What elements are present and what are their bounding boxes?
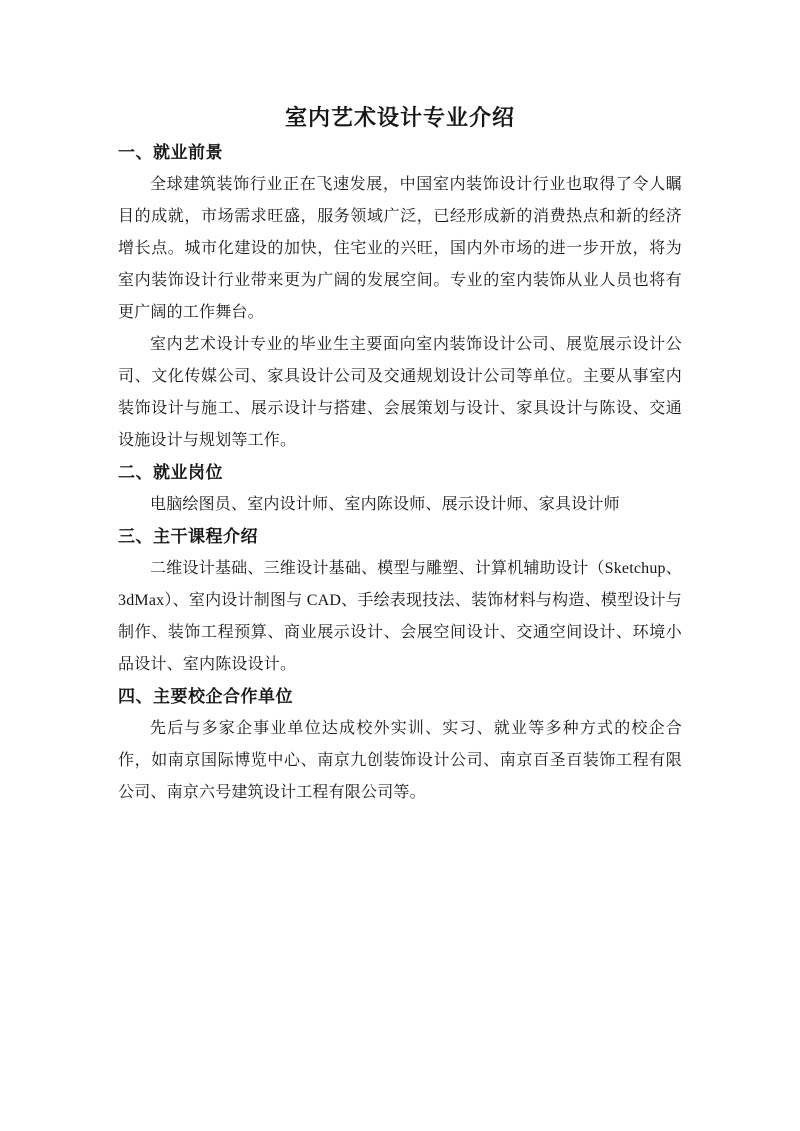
document-page: 室内艺术设计专业介绍 一、就业前景 全球建筑装饰行业正在飞速发展，中国室内装饰设… [0, 0, 800, 1131]
document-title: 室内艺术设计专业介绍 [118, 103, 682, 133]
paragraph: 先后与多家企事业单位达成校外实训、实习、就业等多种方式的校企合作，如南京国际博览… [118, 713, 682, 809]
section-heading-employment-prospects: 一、就业前景 [118, 137, 682, 169]
section-cooperation-units: 四、主要校企合作单位 先后与多家企事业单位达成校外实训、实习、就业等多种方式的校… [118, 681, 682, 809]
paragraph: 二维设计基础、三维设计基础、模型与雕塑、计算机辅助设计（Sketchup、3dM… [118, 553, 682, 681]
section-heading-main-courses: 三、主干课程介绍 [118, 521, 682, 553]
section-heading-cooperation-units: 四、主要校企合作单位 [118, 681, 682, 713]
paragraph: 室内艺术设计专业的毕业生主要面向室内装饰设计公司、展览展示设计公司、文化传媒公司… [118, 329, 682, 457]
section-job-positions: 二、就业岗位 电脑绘图员、室内设计师、室内陈设师、展示设计师、家具设计师 [118, 457, 682, 521]
paragraph: 全球建筑装饰行业正在飞速发展，中国室内装饰设计行业也取得了令人瞩目的成就，市场需… [118, 169, 682, 329]
section-heading-job-positions: 二、就业岗位 [118, 457, 682, 489]
section-employment-prospects: 一、就业前景 全球建筑装饰行业正在飞速发展，中国室内装饰设计行业也取得了令人瞩目… [118, 137, 682, 457]
section-main-courses: 三、主干课程介绍 二维设计基础、三维设计基础、模型与雕塑、计算机辅助设计（Ske… [118, 521, 682, 681]
paragraph: 电脑绘图员、室内设计师、室内陈设师、展示设计师、家具设计师 [118, 489, 682, 521]
